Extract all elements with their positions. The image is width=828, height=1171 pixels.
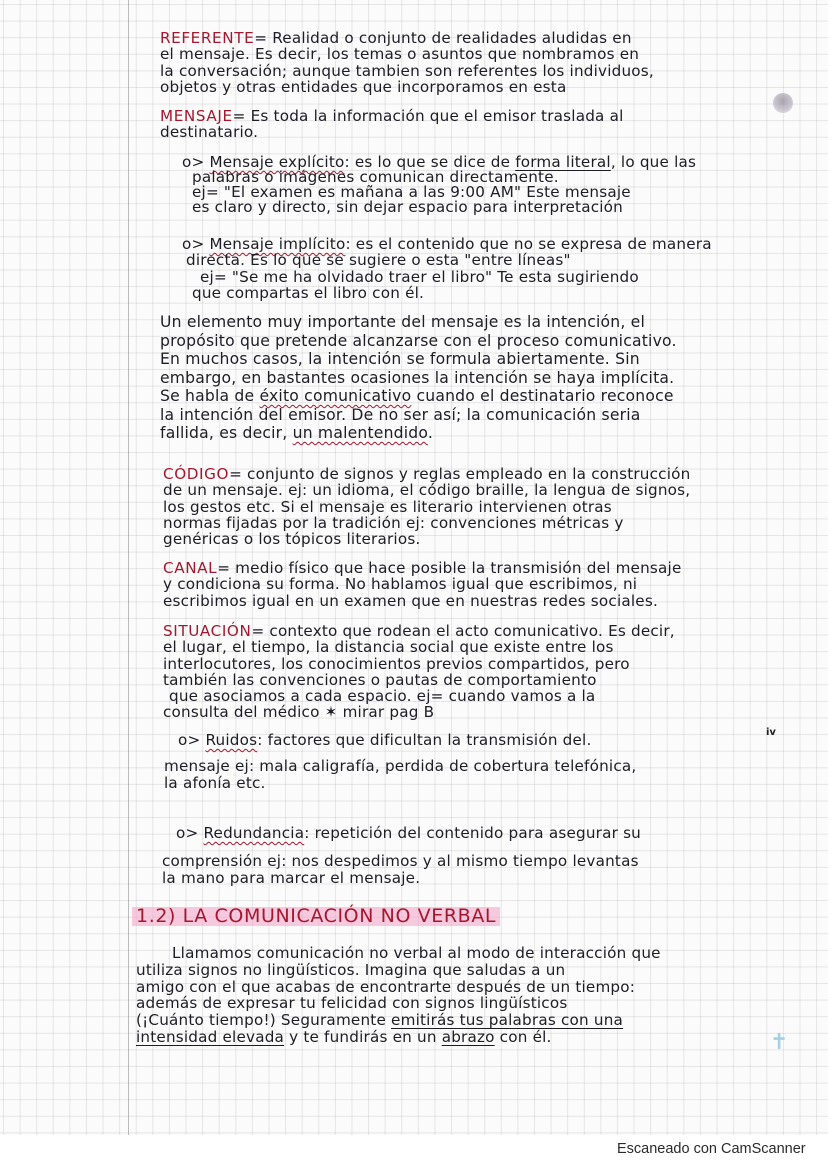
mensaje-explicito-item: o> Mensaje explícito: es lo que se dice … [182, 155, 696, 215]
situacion-section: SITUACIÓN= contexto que rodean el acto c… [163, 623, 675, 721]
codigo-section: CÓDIGO= conjunto de signos y reglas empl… [163, 466, 690, 547]
notebook-margin-line [128, 0, 129, 1135]
margin-mark: iv [766, 727, 776, 738]
ruidos-item: o> Ruidos: factores que dificultan la tr… [178, 730, 636, 791]
malentendido: un malentendido [293, 424, 428, 442]
referente-section: REFERENTE= Realidad o conjunto de realid… [160, 30, 654, 95]
pin-icon: ✝ [770, 1030, 788, 1055]
term-canal: CANAL [163, 559, 217, 577]
exito-comunicativo: éxito comunicativo [259, 387, 411, 405]
punch-hole [773, 93, 793, 113]
intencion-paragraph: Un elemento muy importante del mensaje e… [160, 313, 677, 443]
term-mensaje: MENSAJE [160, 107, 233, 125]
term-codigo: CÓDIGO [163, 465, 229, 483]
term-referente: REFERENTE [160, 29, 254, 47]
section-heading-no-verbal: 1.2) LA COMUNICACIÓN NO VERBAL [132, 905, 500, 927]
mensaje-implicito-item: o> Mensaje implícito: es el contenido qu… [182, 236, 712, 301]
mensaje-section: MENSAJE= Es toda la información que el e… [160, 108, 624, 141]
canal-section: CANAL= medio físico que hace posible la … [163, 560, 682, 609]
no-verbal-paragraph: Llamamos comunicación no verbal al modo … [136, 945, 661, 1046]
term-mensaje-implicito: Mensaje implícito [209, 235, 345, 253]
term-situacion: SITUACIÓN [163, 622, 251, 640]
term-redundancia: Redundancia [203, 824, 304, 842]
camscanner-watermark: Escaneado con CamScanner [617, 1141, 806, 1157]
term-ruidos: Ruidos [205, 731, 257, 749]
redundancia-item: o> Redundancia: repetición del contenido… [176, 823, 641, 886]
